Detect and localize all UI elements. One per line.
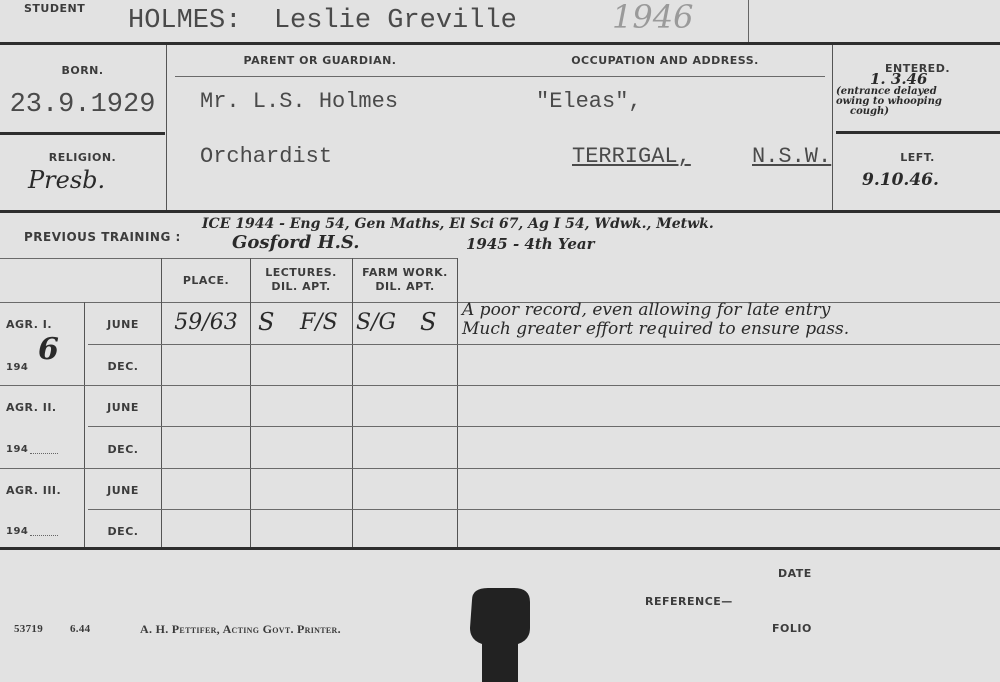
column-farm-work-title: FARM WORK. [352,266,458,280]
remarks-line2: Much greater effort required to ensure p… [462,319,849,339]
header-divider [748,0,749,42]
previous-training-line3: 1945 - 4th Year [466,235,594,253]
left-date: 9.10.46. [862,170,939,190]
born-value: 23.9.1929 [0,90,165,120]
term-place-divider [161,258,162,547]
address-town: TERRIGAL, [572,144,691,169]
row-rule-5 [88,509,1000,510]
column-farm-work: FARM WORK. DIL. APT. [352,266,458,294]
form-date: 6.44 [70,623,90,635]
term-dec-1: DEC. [85,360,161,373]
born-column-divider [166,45,167,210]
printer-credit: A. H. Pettifer, Acting Govt. Printer. [140,622,341,637]
address-state: N.S.W. [752,144,831,169]
address-label: OCCUPATION AND ADDRESS. [500,54,830,67]
lectures-farm-divider [352,258,353,547]
column-farm-work-sub: DIL. APT. [352,280,458,294]
left-label: LEFT. [835,151,1000,164]
farm-dil-value: S/G [356,310,396,335]
column-place: PLACE. [162,274,250,287]
previous-training-line2: Gosford H.S. [232,232,360,253]
term-june-3: JUNE [85,484,161,497]
entered-column-divider [832,45,833,210]
top-section-rule [0,210,1000,213]
row-rule-1 [88,344,1000,345]
lectures-dil-value: S [258,308,274,336]
previous-training-line1: ICE 1944 - Eng 54, Gen Maths, El Sci 67,… [202,216,714,232]
student-name: HOLMES: Leslie Greville [128,6,517,36]
address-line1: "Eleas", [536,89,642,114]
parent-name: Mr. L.S. Holmes [200,89,398,114]
course-term-divider [84,302,85,547]
column-lectures: LECTURES. DIL. APT. [250,266,352,294]
row-rule-2 [0,385,1000,386]
header-rule [0,42,1000,45]
previous-training-label: PREVIOUS TRAINING : [24,230,181,244]
term-june-2: JUNE [85,401,161,414]
entered-note: (entrance delayed owing to whooping coug… [836,87,1000,117]
folio-label: FOLIO [772,622,812,635]
student-label: STUDENT [24,2,85,15]
table-bottom-rule [0,547,1000,550]
entered-note-line3: cough) [836,107,1000,117]
farm-apt-value: S [420,308,436,336]
born-rule [0,132,165,135]
year-prefix-1: 194 [6,362,28,373]
course-agr-2: AGR. II. [6,401,57,414]
religion-value: Presb. [28,166,105,194]
parent-rule [175,76,825,77]
term-june-1: JUNE [85,318,161,331]
row-rule-3 [88,426,1000,427]
training-rule [0,258,458,259]
farm-remarks-divider [457,258,458,547]
year-prefix-2: 194 [6,444,28,455]
place-value: 59/63 [162,310,250,335]
reference-label: REFERENCE— [645,595,733,608]
parent-label: PARENT OR GUARDIAN. [170,54,470,67]
column-lectures-sub: DIL. APT. [250,280,352,294]
course-agr-3: AGR. III. [6,484,61,497]
year-value-1: 6 [38,332,59,367]
form-number: 53719 [14,623,43,635]
year-prefix-3: 194 [6,526,28,537]
term-dec-3: DEC. [85,525,161,538]
religion-label: RELIGION. [0,151,165,164]
column-lectures-title: LECTURES. [250,266,352,280]
row-rule-4 [0,468,1000,469]
course-agr-1: AGR. I. [6,318,52,331]
parent-occupation: Orchardist [200,144,332,169]
date-label: DATE [778,567,812,580]
place-lectures-divider [250,258,251,547]
year-blank-3 [30,535,58,536]
student-record-card: STUDENT HOLMES: Leslie Greville 1946 BOR… [0,0,1000,682]
born-label: BORN. [0,64,165,77]
year-annotation: 1946 [612,0,693,36]
year-blank-2 [30,453,58,454]
lectures-apt-value: F/S [300,310,338,335]
term-dec-2: DEC. [85,443,161,456]
entered-rule [836,131,1000,134]
remarks-line1: A poor record, even allowing for late en… [462,300,830,320]
punch-hole-icon [462,588,538,682]
